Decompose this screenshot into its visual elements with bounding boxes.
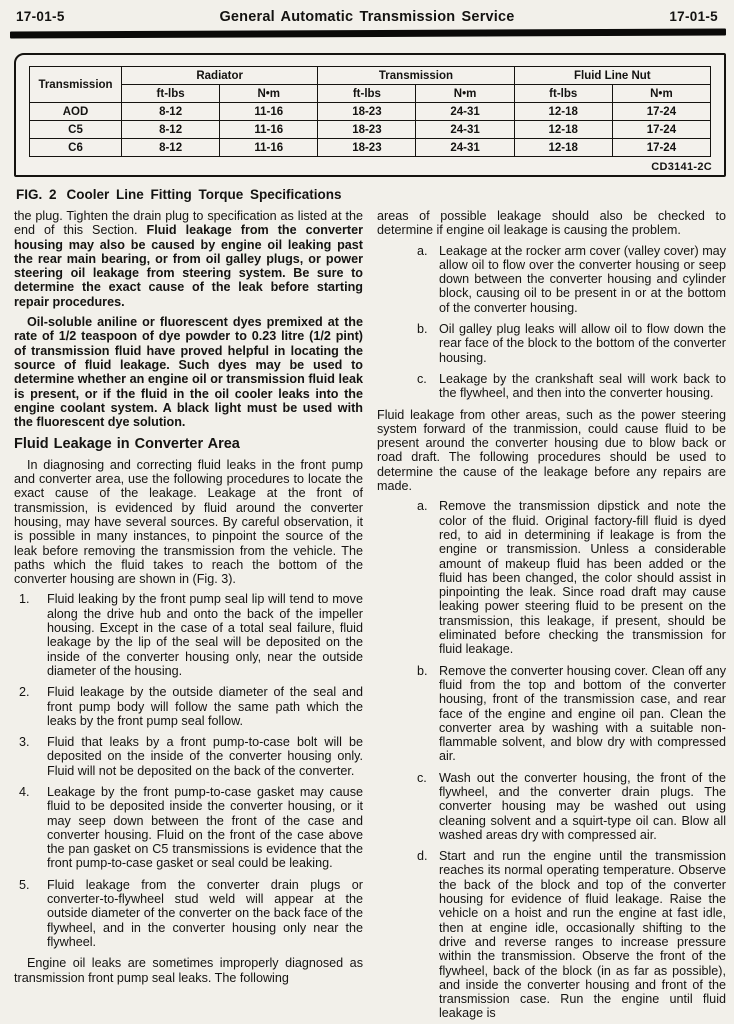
item-text: Remove the converter housing cover. Clea… [439,664,726,764]
item-number: 3. [14,735,47,778]
table-group-header-row: Transmission Radiator Transmission Fluid… [30,67,711,85]
cell: 12-18 [514,139,612,157]
item-letter: b. [417,322,439,365]
cell: 24-31 [416,139,514,157]
unit-header: ft-lbs [514,85,612,103]
unit-header: N•m [612,85,710,103]
item-text: Fluid leakage from the converter drain p… [47,878,363,949]
item-text: Start and run the engine until the trans… [439,849,726,1021]
item-letter: d. [417,849,439,1021]
cell: 12-18 [514,121,612,139]
item-text: Fluid leaking by the front pump seal lip… [47,592,363,678]
lettered-item: d. Start and run the engine until the tr… [377,849,726,1021]
paragraph: Fluid leakage from other areas, such as … [377,408,726,494]
row-name: C5 [30,121,122,139]
page-number-right: 17-01-5 [669,9,718,24]
unit-header: N•m [220,85,318,103]
cell: 18-23 [318,103,416,121]
unit-header: N•m [416,85,514,103]
item-letter: a. [417,244,439,315]
torque-spec-table: Transmission Radiator Transmission Fluid… [29,66,711,157]
table-row: AOD 8-12 11-16 18-23 24-31 12-18 17-24 [30,103,711,121]
cell: 11-16 [220,121,318,139]
cell: 8-12 [122,103,220,121]
figure-caption: FIG. 2Cooler Line Fitting Torque Specifi… [16,187,734,202]
figure-caption-label: FIG. 2 [16,187,57,202]
manual-page: 17-01-5 General Automatic Transmission S… [0,0,734,1024]
item-text: Leakage by the crankshaft seal will work… [439,372,726,401]
cell: 18-23 [318,139,416,157]
item-text: Leakage by the front pump-to-case gasket… [47,785,363,871]
table-row: C5 8-12 11-16 18-23 24-31 12-18 17-24 [30,121,711,139]
cell: 17-24 [612,103,710,121]
header-rule [10,28,726,38]
lettered-item: c. Leakage by the crankshaft seal will w… [377,372,726,401]
figure-2-box: Transmission Radiator Transmission Fluid… [14,53,726,177]
item-text: Fluid that leaks by a front pump-to-case… [47,735,363,778]
cell: 18-23 [318,121,416,139]
row-name: AOD [30,103,122,121]
lettered-item: b. Oil galley plug leaks will allow oil … [377,322,726,365]
lettered-item: a. Remove the transmission dipstick and … [377,499,726,656]
lettered-item: c. Wash out the converter housing, the f… [377,771,726,842]
item-number: 5. [14,878,47,949]
table-group-transmission: Transmission [318,67,514,85]
text-columns: the plug. Tighten the drain plug to spec… [14,209,726,1024]
table-group-fluid-line-nut: Fluid Line Nut [514,67,710,85]
figure-caption-text: Cooler Line Fitting Torque Specification… [67,187,342,202]
table-corner-header: Transmission [30,67,122,103]
column-left: the plug. Tighten the drain plug to spec… [14,209,363,1024]
item-number: 1. [14,592,47,678]
item-number: 4. [14,785,47,871]
numbered-item: 1. Fluid leaking by the front pump seal … [14,592,363,678]
cell: 24-31 [416,103,514,121]
table-unit-header-row: ft-lbs N•m ft-lbs N•m ft-lbs N•m [30,85,711,103]
cell: 17-24 [612,139,710,157]
cell: 24-31 [416,121,514,139]
paragraph: In diagnosing and correcting fluid leaks… [14,458,363,587]
cell: 8-12 [122,121,220,139]
numbered-item: 5. Fluid leakage from the converter drai… [14,878,363,949]
item-text: Remove the transmission dipstick and not… [439,499,726,656]
item-letter: c. [417,771,439,842]
item-number: 2. [14,685,47,728]
numbered-item: 2. Fluid leakage by the outside diameter… [14,685,363,728]
numbered-item: 4. Leakage by the front pump-to-case gas… [14,785,363,871]
item-letter: b. [417,664,439,764]
item-text: Leakage at the rocker arm cover (valley … [439,244,726,315]
table-group-radiator: Radiator [122,67,318,85]
item-text: Fluid leakage by the outside diameter of… [47,685,363,728]
cell: 11-16 [220,103,318,121]
cell: 8-12 [122,139,220,157]
item-letter: c. [417,372,439,401]
paragraph: the plug. Tighten the drain plug to spec… [14,209,363,309]
column-right: areas of possible leakage should also be… [377,209,726,1024]
item-letter: a. [417,499,439,656]
figure-code: CD3141-2C [651,161,712,173]
page-title: General Automatic Transmission Service [219,9,514,25]
section-heading: Fluid Leakage in Converter Area [14,437,363,451]
cell: 11-16 [220,139,318,157]
table-row: C6 8-12 11-16 18-23 24-31 12-18 17-24 [30,139,711,157]
cell: 17-24 [612,121,710,139]
page-number-left: 17-01-5 [16,9,65,24]
unit-header: ft-lbs [122,85,220,103]
page-header: 17-01-5 General Automatic Transmission S… [0,0,734,25]
cell: 12-18 [514,103,612,121]
row-name: C6 [30,139,122,157]
paragraph: Oil-soluble aniline or fluorescent dyes … [14,315,363,429]
lettered-item: b. Remove the converter housing cover. C… [377,664,726,764]
unit-header: ft-lbs [318,85,416,103]
item-text: Wash out the converter housing, the fron… [439,771,726,842]
paragraph: areas of possible leakage should also be… [377,209,726,238]
item-text: Oil galley plug leaks will allow oil to … [439,322,726,365]
paragraph: Engine oil leaks are sometimes improperl… [14,956,363,985]
numbered-item: 3. Fluid that leaks by a front pump-to-c… [14,735,363,778]
lettered-item: a. Leakage at the rocker arm cover (vall… [377,244,726,315]
